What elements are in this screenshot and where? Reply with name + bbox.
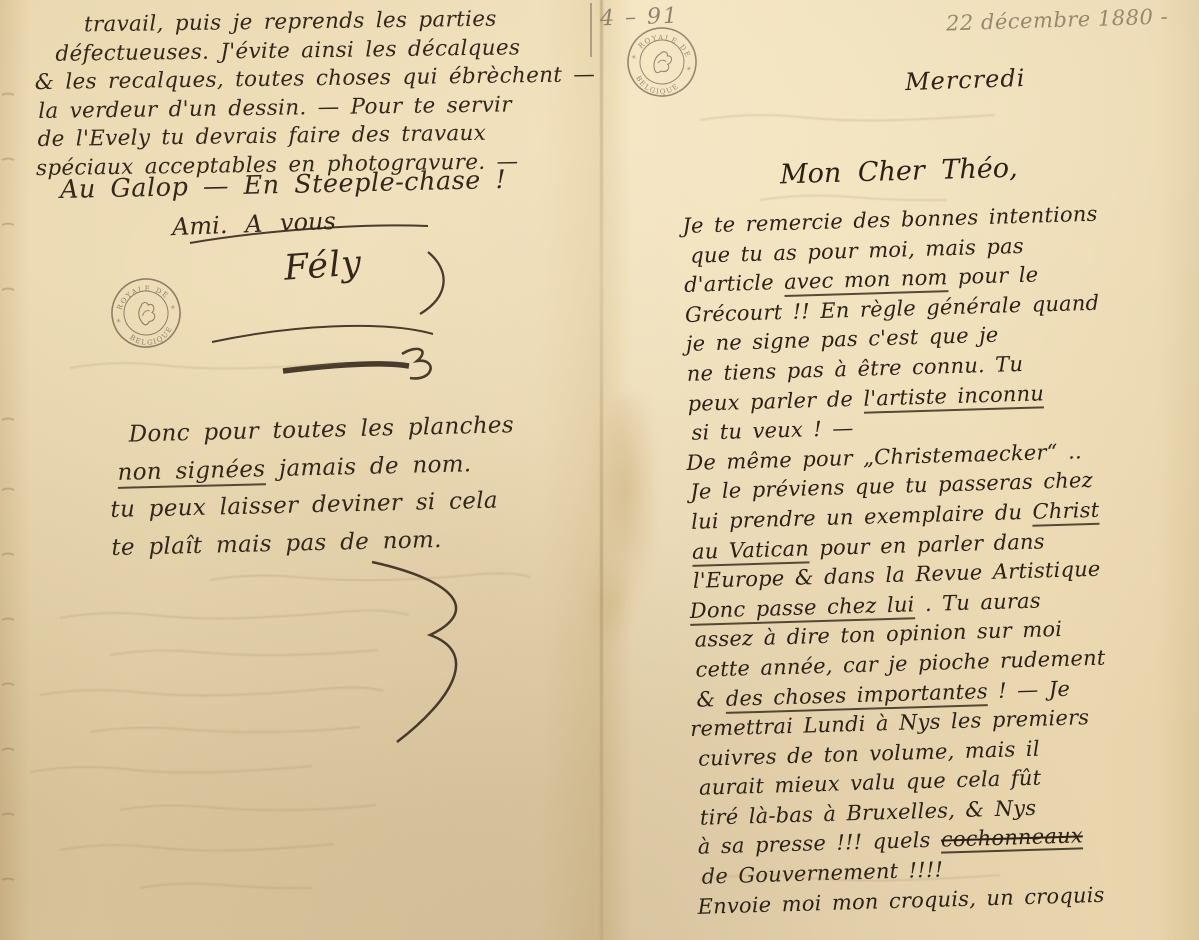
- svg-text:✳: ✳: [170, 303, 178, 311]
- signature: Fély: [283, 243, 364, 288]
- svg-text:✳: ✳: [115, 317, 123, 325]
- catalog-number: 4 – 91: [600, 4, 680, 32]
- closing-regards: Ami. A vous: [172, 207, 337, 241]
- stamp-text-top: ROYALE DE: [636, 29, 696, 61]
- stamp-text-bottom: BELGIQUE: [632, 73, 682, 100]
- letter-scan: 4 – 91 22 décembre 1880 - travail, puis …: [0, 0, 1199, 940]
- svg-text:✳: ✳: [631, 54, 639, 62]
- paper-stain: [588, 560, 634, 650]
- stamp-text-bottom: BELGIQUE: [127, 323, 178, 352]
- paraph-flourish: [372, 562, 456, 742]
- edge-ghost-marks: [2, 94, 14, 881]
- postscript: Donc pour toutes les planchesnon signées…: [116, 407, 517, 567]
- library-stamp: ROYALE DE BELGIQUE ✳ ✳: [622, 22, 703, 103]
- left-page-body: travail, puis je reprends les partiesdéf…: [57, 4, 597, 182]
- svg-text:BELGIQUE: BELGIQUE: [127, 323, 178, 352]
- date-annotation: 22 décembre 1880 -: [946, 5, 1169, 36]
- svg-text:ROYALE DE: ROYALE DE: [636, 29, 696, 61]
- right-page-body: Je te remercie des bonnes intentionsque …: [682, 200, 1118, 922]
- svg-text:ROYALE DE: ROYALE DE: [112, 279, 172, 313]
- library-stamp: ROYALE DE BELGIQUE ✳ ✳: [105, 272, 187, 355]
- svg-text:BELGIQUE: BELGIQUE: [632, 73, 682, 100]
- svg-text:✳: ✳: [685, 65, 693, 73]
- salutation: Mon Cher Théo,: [780, 153, 1018, 191]
- lion-emblem: [136, 301, 157, 326]
- date-line: Mercredi: [905, 64, 1026, 96]
- stamp-text-top: ROYALE DE: [112, 279, 172, 313]
- lion-emblem: [652, 50, 673, 75]
